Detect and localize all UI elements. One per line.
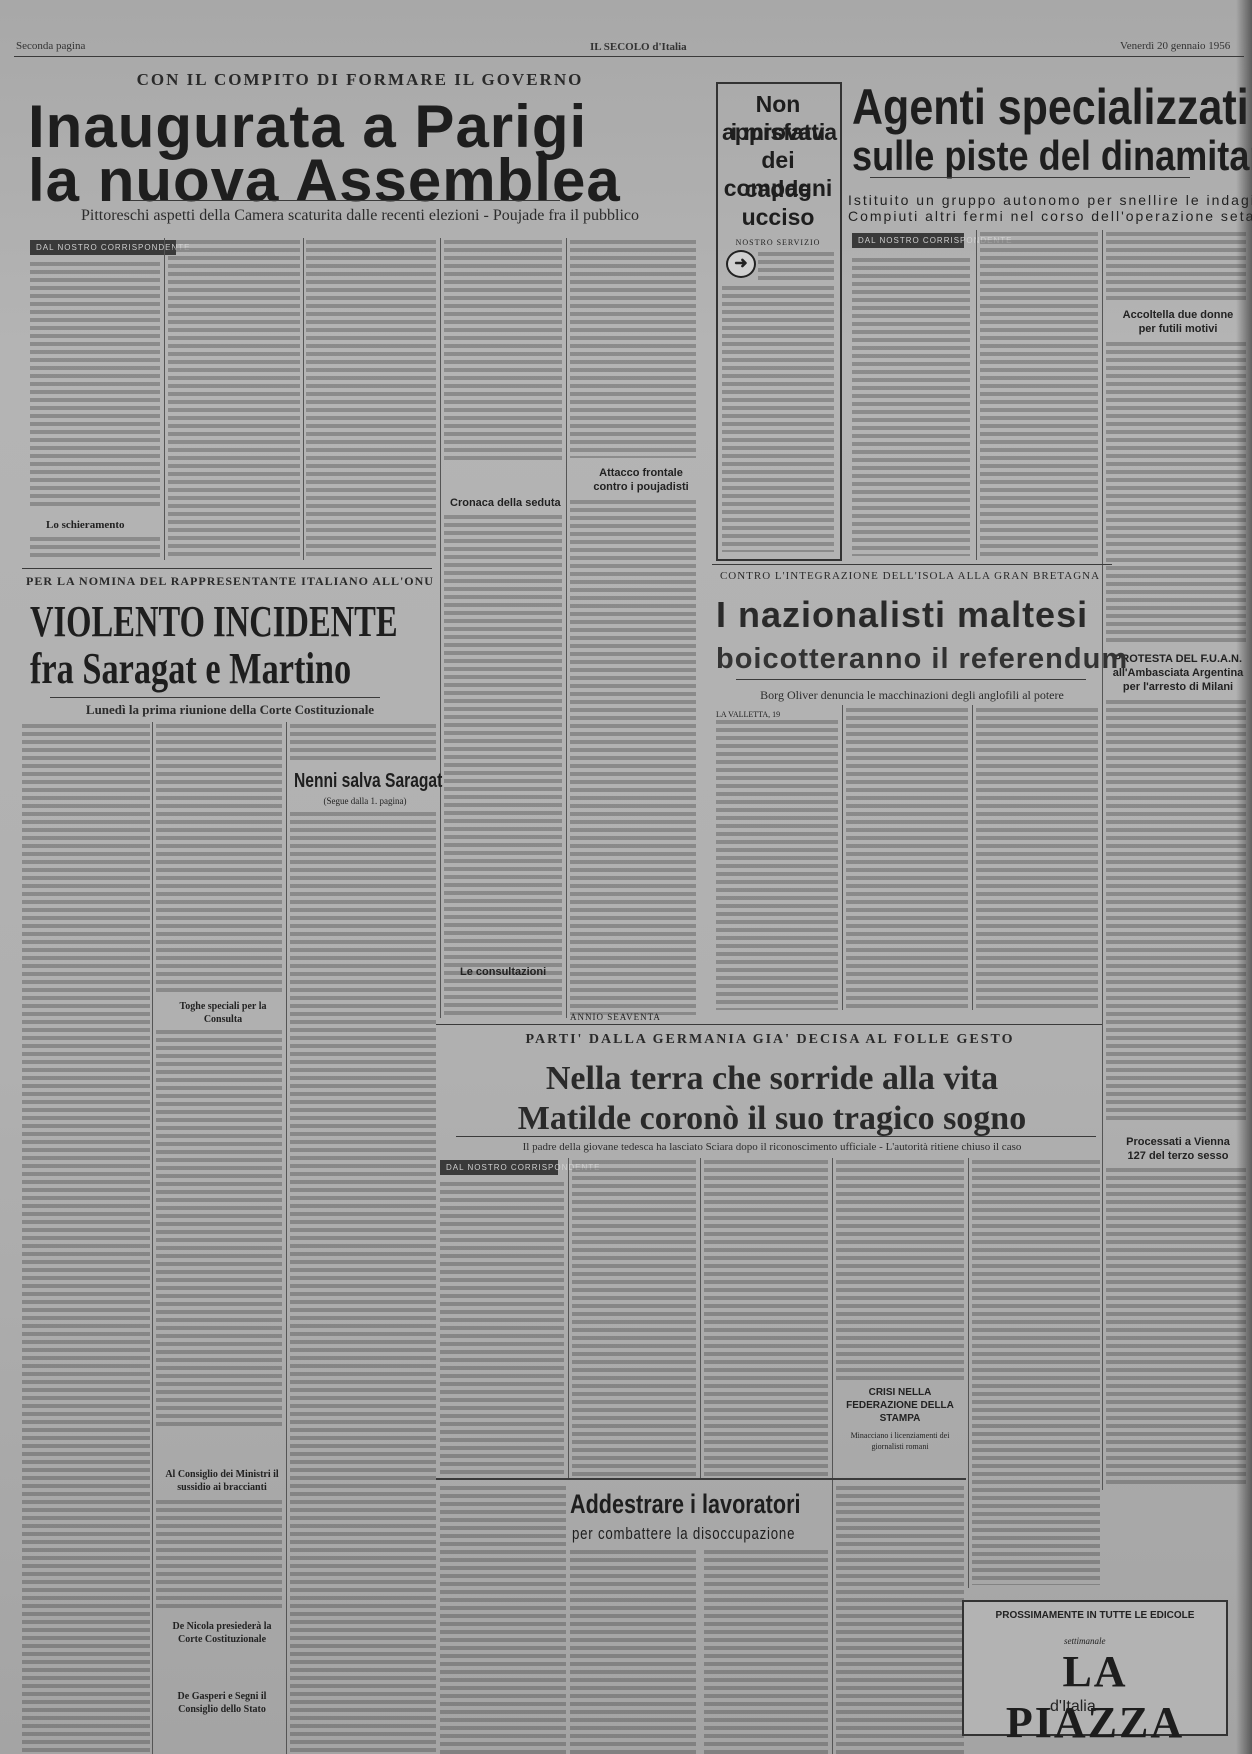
- agents-column-2: [980, 232, 1098, 556]
- agents-subhead-1: Istituito un gruppo autonomo per snellir…: [848, 192, 1252, 208]
- paris-byline-tag: DAL NOSTRO CORRISPONDENTE: [30, 240, 176, 255]
- matilde-column-2: [572, 1160, 696, 1478]
- far-right-headline-2c: per l'arresto di Milani: [1108, 680, 1248, 694]
- far-right-headline-2a: PROTESTA DEL F.U.A.N.: [1108, 652, 1248, 666]
- paris-subhead: Pittoreschi aspetti della Camera scaturi…: [20, 207, 700, 225]
- onu-column-2b: [156, 1030, 282, 1430]
- arrow-right-icon: ➜: [726, 250, 756, 278]
- malta-dateline: LA VALLETTA, 19: [716, 710, 780, 719]
- far-right-headline-1b: per futili motivi: [1110, 322, 1246, 336]
- sidebar-headline-2: i misfatti: [722, 118, 834, 146]
- matilde-column-4: [836, 1160, 964, 1380]
- workers-column-1: [440, 1486, 566, 1754]
- folio-date: Venerdì 20 gennaio 1956: [1120, 40, 1230, 52]
- onu-inset-4: De Nicola presiederà la Corte Costituzio…: [160, 1620, 284, 1646]
- far-right-text-1: [1106, 232, 1246, 302]
- far-right-headline-1a: Accoltella due donne: [1110, 308, 1246, 322]
- matilde-headline-1: Nella terra che sorride alla vita: [436, 1060, 1108, 1098]
- matilde-byline-tag: DAL NOSTRO CORRISPONDENTE: [440, 1160, 558, 1175]
- paris-column-4b: [444, 515, 562, 1015]
- agents-subhead-2: Compiuti altri fermi nel corso dell'oper…: [848, 208, 1252, 224]
- malta-column-3: [976, 708, 1098, 1008]
- malta-headline-1: I nazionalisti maltesi: [716, 598, 1088, 632]
- onu-kicker: PER LA NOMINA DEL RAPPRESENTANTE ITALIAN…: [20, 574, 440, 589]
- matilde-inset: CRISI NELLA FEDERAZIONE DELLA STAMPA: [836, 1386, 964, 1425]
- advert-la-piazza: PROSSIMAMENTE IN TUTTE LE EDICOLE settim…: [962, 1600, 1228, 1736]
- onu-inset-1-sub: (Segue dalla 1. pagina): [300, 796, 430, 806]
- paris-column-5: [570, 240, 696, 458]
- paris-subsection-3: Attacco frontale contro i poujadisti: [586, 466, 696, 494]
- advert-logo-sub: d'Italia: [1050, 1698, 1096, 1716]
- folio-masthead: IL SECOLO d'Italia: [590, 41, 687, 53]
- paris-column-1b: [30, 537, 160, 559]
- onu-inset-5: De Gasperi e Segni il Consiglio dello St…: [160, 1690, 284, 1716]
- onu-column-3a: [290, 724, 436, 764]
- onu-column-2c: [156, 1500, 282, 1610]
- paris-column-5b: [570, 500, 696, 1015]
- workers-column-2: [570, 1550, 696, 1754]
- onu-column-1: [22, 724, 150, 1754]
- malta-subhead: Borg Oliver denuncia le macchinazioni de…: [712, 688, 1112, 703]
- far-right-text-3: [1106, 700, 1246, 1120]
- paris-kicker: CON IL COMPITO DI FORMARE IL GOVERNO: [40, 70, 680, 90]
- far-right-headline-1: Accoltella due donne per futili motivi: [1110, 308, 1246, 336]
- onu-column-2: [156, 724, 282, 994]
- far-right-headline-3a: Processati a Vienna: [1108, 1135, 1248, 1149]
- malta-column-1: [716, 720, 838, 1010]
- page-edge-shadow: [1236, 0, 1252, 1754]
- newspaper-page: Seconda pagina IL SECOLO d'Italia Venerd…: [0, 0, 1252, 1754]
- matilde-inset-sub: Minacciano i licenziamenti dei giornalis…: [836, 1430, 964, 1452]
- far-right-text-2: [1106, 342, 1246, 642]
- advert-logo: LA PIAZZA: [970, 1646, 1220, 1748]
- advert-small: settimanale: [1064, 1636, 1106, 1646]
- onu-headline-2: fra Saragat e Martino: [30, 645, 351, 693]
- agents-byline-tag: DAL NOSTRO CORRISPONDENTE: [852, 233, 964, 248]
- malta-kicker: CONTRO L'INTEGRAZIONE DELL'ISOLA ALLA GR…: [710, 570, 1110, 582]
- sidebar-headline-4: cadde ucciso: [722, 175, 834, 231]
- far-right-headline-3b: 127 del terzo sesso: [1108, 1149, 1248, 1163]
- folio-left: Seconda pagina: [16, 40, 85, 52]
- matilde-column-3: [704, 1160, 828, 1478]
- onu-inset-1: Nenni salva Saragat: [294, 770, 442, 793]
- onu-inset-2: Toghe speciali per la Consulta: [168, 1000, 278, 1026]
- onu-subhead: Lunedì la prima riunione della Corte Cos…: [20, 702, 440, 718]
- paris-subsection-2: Cronaca della seduta: [450, 497, 561, 509]
- agents-headline-2: sulle piste del dinamitardo: [852, 133, 1252, 179]
- malta-column-2: [846, 708, 968, 1008]
- onu-headline-1: VIOLENTO INCIDENTE: [30, 598, 398, 646]
- paris-column-3: [306, 240, 436, 558]
- agents-headline-1: Agenti specializzati: [852, 80, 1249, 134]
- workers-headline-2: per combattere la disoccupazione: [572, 1524, 795, 1544]
- matilde-column-1: [440, 1182, 564, 1477]
- malta-headline-2: boicotteranno il referendum: [716, 646, 1128, 674]
- onu-column-3b: [290, 812, 436, 1754]
- far-right-headline-3: Processati a Vienna 127 del terzo sesso: [1108, 1135, 1248, 1163]
- sidebar-text-2: [722, 286, 834, 552]
- far-right-headline-2: PROTESTA DEL F.U.A.N. all'Ambasciata Arg…: [1108, 652, 1248, 694]
- sidebar-byline: NOSTRO SERVIZIO: [722, 238, 834, 247]
- paris-subsection-1: Lo schieramento: [46, 519, 125, 531]
- matilde-subhead: Il padre della giovane tedesca ha lascia…: [436, 1141, 1108, 1153]
- agents-column-1: [852, 258, 970, 556]
- workers-column-3: [704, 1550, 828, 1754]
- onu-signature: ANNIO SEAVENTA: [570, 1012, 661, 1022]
- far-right-text-4: [1106, 1168, 1246, 1488]
- paris-column-2: [168, 240, 300, 558]
- far-right-headline-2b: all'Ambasciata Argentina: [1108, 666, 1248, 680]
- workers-column-4: [836, 1486, 964, 1754]
- matilde-kicker: PARTI' DALLA GERMANIA GIA' DECISA AL FOL…: [440, 1032, 1100, 1048]
- onu-inset-3: Al Consiglio dei Ministri il sussidio ai…: [160, 1468, 284, 1494]
- paris-column-4: [444, 240, 562, 460]
- workers-headline-1: Addestrare i lavoratori: [570, 1488, 800, 1520]
- onu-subsection: Le consultazioni: [460, 966, 546, 978]
- paris-column-1: [30, 262, 160, 507]
- sidebar-text-1: [758, 252, 834, 282]
- advert-top-line: PROSSIMAMENTE IN TUTTE LE EDICOLE: [964, 1610, 1226, 1621]
- matilde-column-5: [972, 1160, 1100, 1585]
- matilde-headline-2: Matilde coronò il suo tragico sogno: [436, 1100, 1108, 1138]
